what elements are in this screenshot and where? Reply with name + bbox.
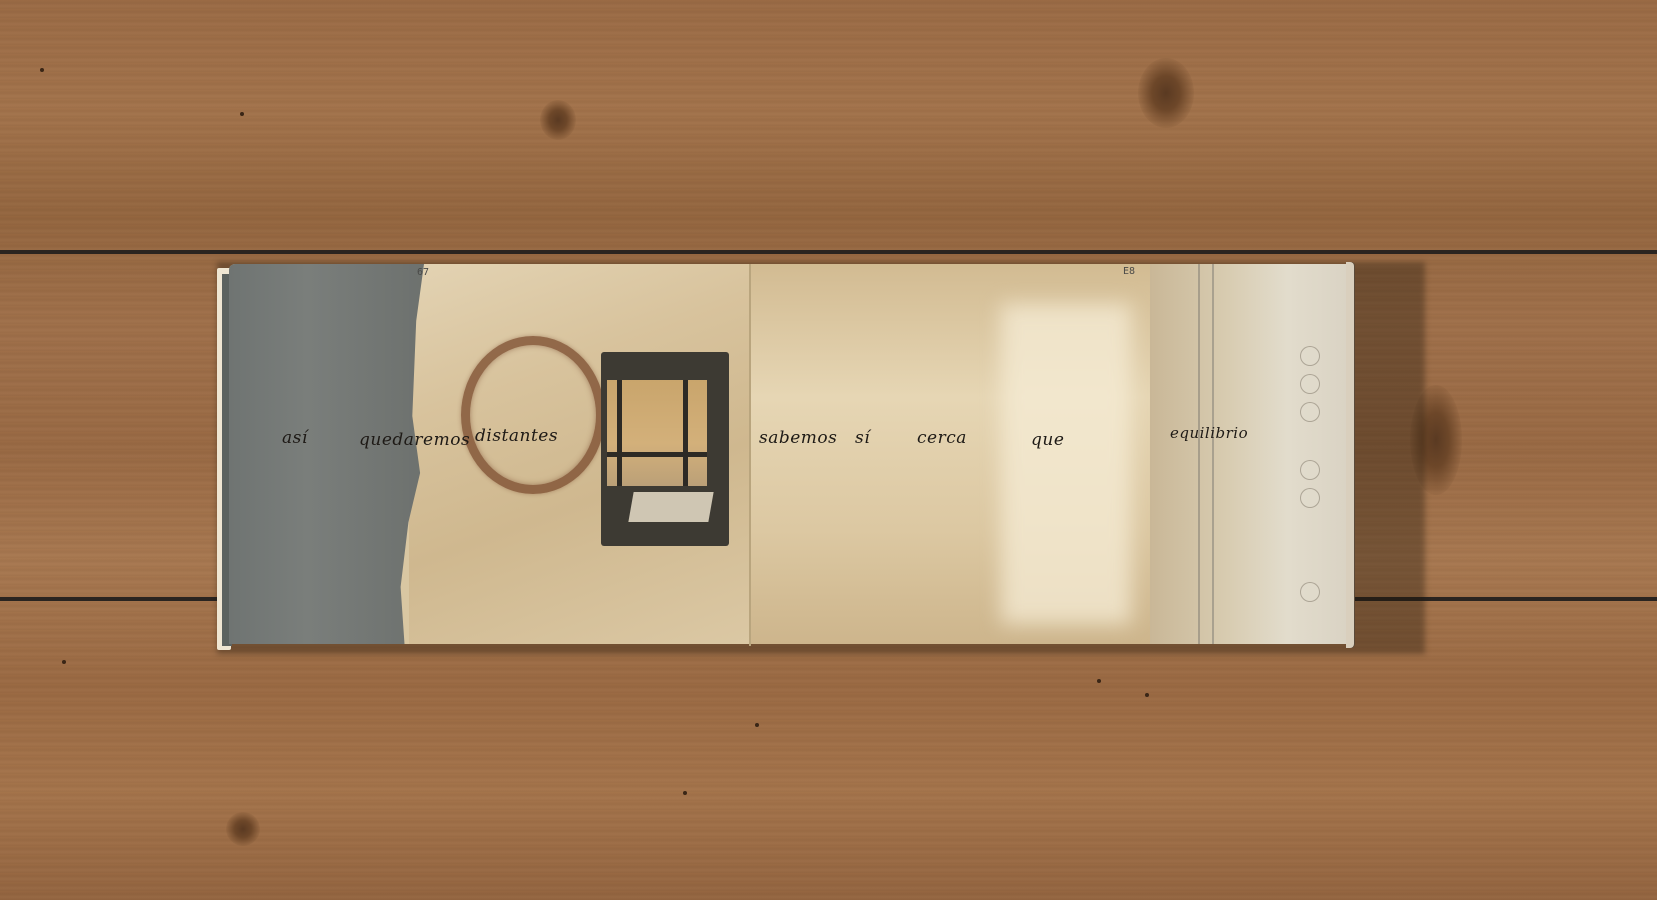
page-number-right: E8	[1123, 266, 1135, 277]
handwritten-word: así	[282, 428, 308, 448]
punch-hole	[1300, 582, 1320, 602]
wood-knot	[226, 812, 260, 846]
nail-hole	[683, 791, 687, 795]
nail-hole	[62, 660, 66, 664]
light-patch	[1001, 304, 1131, 624]
punch-hole	[1300, 460, 1320, 480]
nail-hole	[240, 112, 244, 116]
handwritten-word: quedaremos	[359, 430, 470, 450]
punch-hole	[1300, 402, 1320, 422]
left-page: 67 así quedaremos distantes	[229, 264, 749, 644]
grey-painted-panel	[229, 264, 424, 644]
nail-hole	[40, 68, 44, 72]
fold-out-page: equilibrio	[1150, 264, 1346, 644]
handwritten-word: distantes	[475, 426, 558, 446]
collage-photo	[601, 352, 729, 546]
nail-hole	[1145, 693, 1149, 697]
fold-line	[1198, 264, 1200, 644]
coffee-ring-stain	[461, 336, 605, 494]
window-frame	[617, 380, 622, 486]
handwritten-word: sabemos	[759, 428, 837, 448]
window-frame	[607, 452, 707, 457]
handwritten-word: cerca	[917, 428, 967, 448]
page-stack-edge	[1346, 262, 1354, 648]
plank-gap	[0, 250, 1657, 254]
handwritten-word: sí	[855, 428, 870, 448]
nail-hole	[755, 723, 759, 727]
wood-knot	[1138, 58, 1194, 128]
right-page: E8 sabemos sí cerca que equilibrio	[751, 264, 1346, 644]
fold-line	[1212, 264, 1214, 644]
punch-hole	[1300, 374, 1320, 394]
handwritten-word: que	[1031, 430, 1064, 450]
punch-hole	[1300, 488, 1320, 508]
wood-knot	[540, 100, 576, 140]
photo-window	[607, 380, 707, 486]
handwritten-word: equilibrio	[1170, 424, 1248, 442]
punch-hole	[1300, 346, 1320, 366]
page-number-left: 67	[417, 267, 429, 278]
photo-table	[628, 492, 713, 522]
nail-hole	[1097, 679, 1101, 683]
window-frame	[683, 380, 688, 486]
